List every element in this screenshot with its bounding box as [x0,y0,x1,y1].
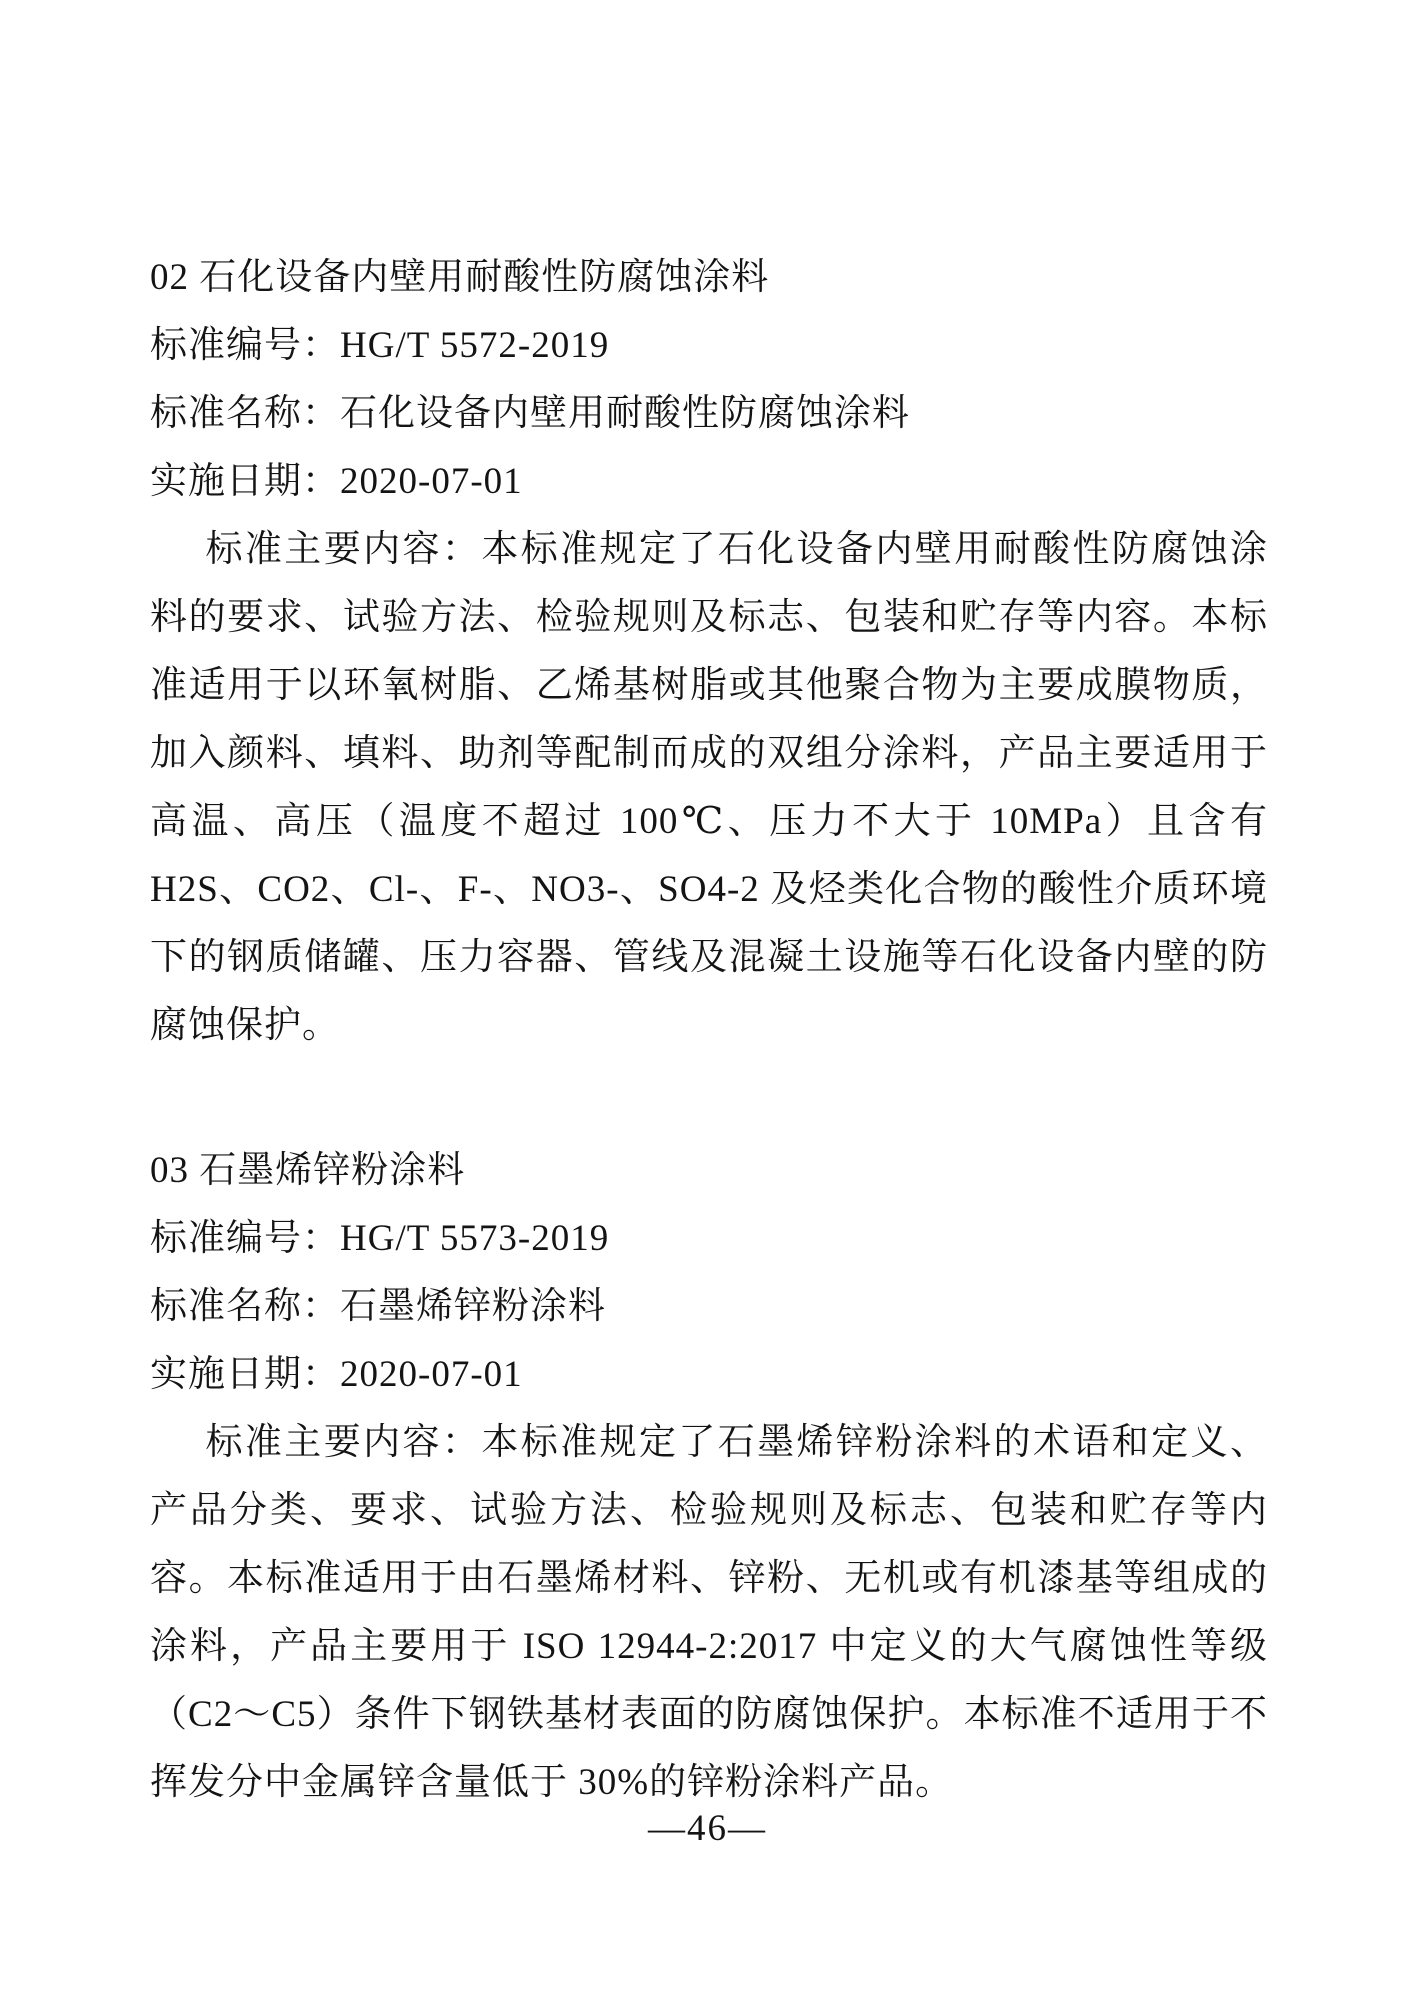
standard-name-line: 标准名称：石化设备内壁用耐酸性防腐蚀涂料 [150,380,1268,448]
standard-summary-paragraph: 标准主要内容：本标准规定了石化设备内壁用耐酸性防腐蚀涂料的要求、试验方法、检验规… [150,516,1268,1060]
page-content: 02 石化设备内壁用耐酸性防腐蚀涂料 标准编号：HG/T 5572-2019 标… [150,244,1268,1817]
standard-section-03: 03 石墨烯锌粉涂料 标准编号：HG/T 5573-2019 标准名称：石墨烯锌… [150,1137,1268,1817]
standard-name-line: 标准名称：石墨烯锌粉涂料 [150,1273,1268,1341]
standard-number-line: 标准编号：HG/T 5573-2019 [150,1205,1268,1273]
section-heading: 02 石化设备内壁用耐酸性防腐蚀涂料 [150,244,1268,312]
section-heading: 03 石墨烯锌粉涂料 [150,1137,1268,1205]
standard-summary-paragraph: 标准主要内容：本标准规定了石墨烯锌粉涂料的术语和定义、产品分类、要求、试验方法、… [150,1409,1268,1817]
standard-section-02: 02 石化设备内壁用耐酸性防腐蚀涂料 标准编号：HG/T 5572-2019 标… [150,244,1268,1060]
document-page: 02 石化设备内壁用耐酸性防腐蚀涂料 标准编号：HG/T 5572-2019 标… [0,0,1415,2000]
implementation-date-line: 实施日期：2020-07-01 [150,448,1268,516]
page-number: —46— [0,1795,1415,1863]
implementation-date-line: 实施日期：2020-07-01 [150,1341,1268,1409]
standard-number-line: 标准编号：HG/T 5572-2019 [150,312,1268,380]
